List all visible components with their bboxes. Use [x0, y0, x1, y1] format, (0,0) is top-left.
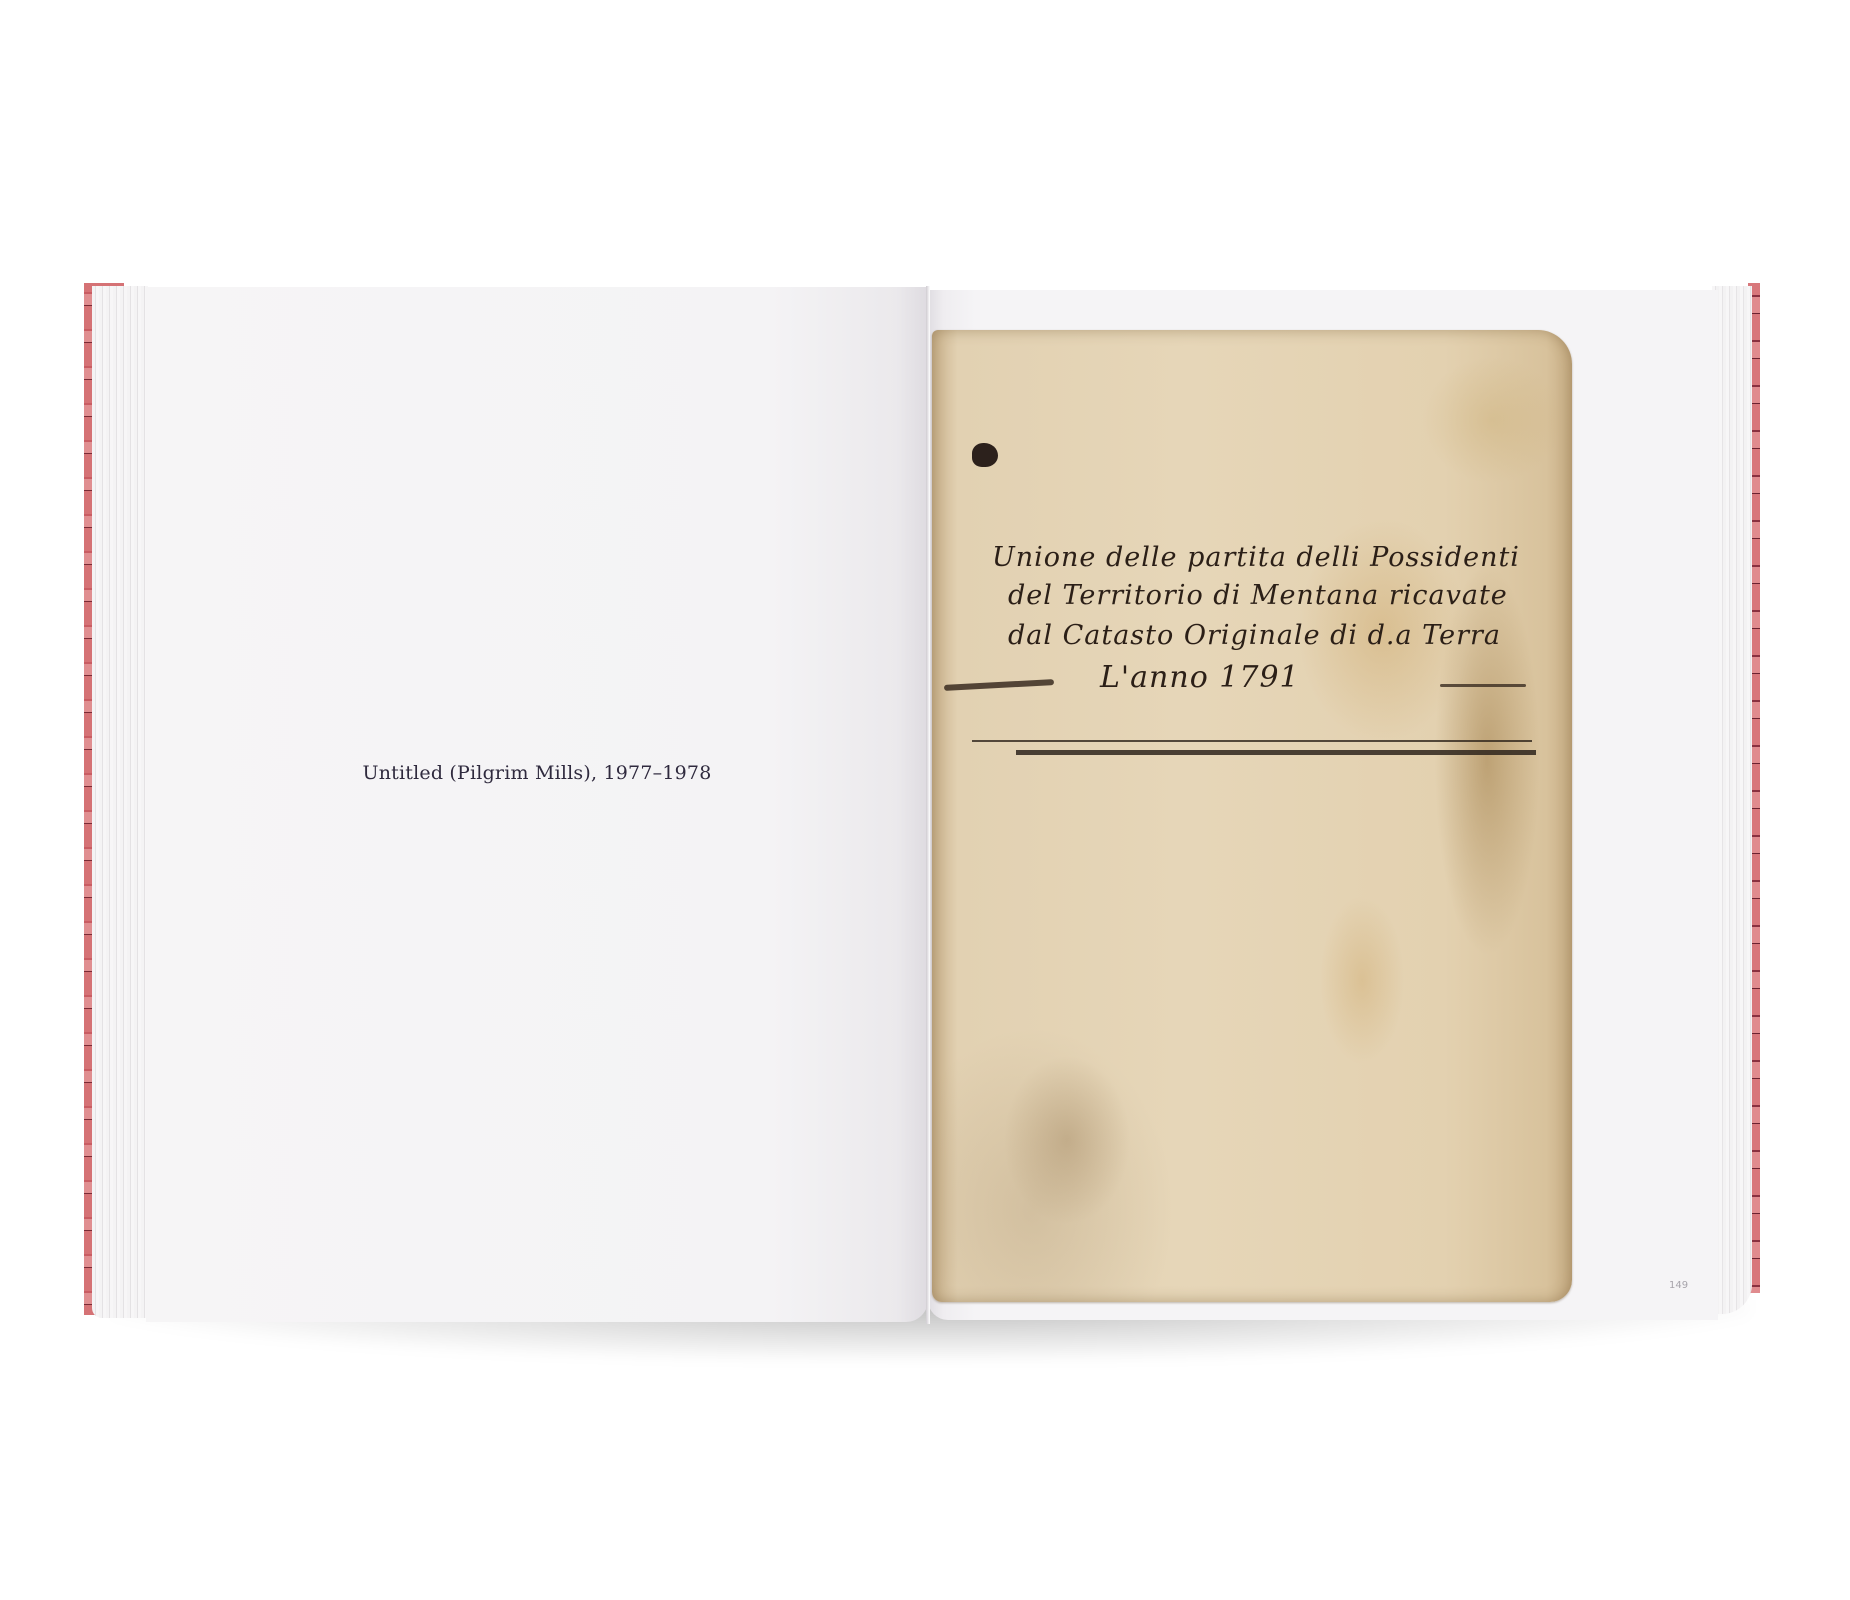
ink-blot: [972, 443, 998, 467]
ink-flourish-left: [944, 679, 1054, 691]
ruled-line-thick: [1016, 750, 1536, 755]
ruled-line-thin: [972, 740, 1532, 742]
page-number: 149: [1669, 1280, 1688, 1291]
manuscript-line-4: L'anno 1791: [1100, 660, 1300, 695]
manuscript-line-1: Unione delle partita delli Possidenti: [992, 542, 1520, 573]
left-page-content: Untitled (Pilgrim Mills), 1977–1978: [146, 0, 928, 1600]
page-stack-left: [92, 286, 148, 1318]
manuscript-line-2: del Territorio di Mentana ricavate: [1008, 580, 1508, 611]
book-photo-scene: Untitled (Pilgrim Mills), 1977–1978 Unio…: [0, 0, 1850, 1600]
artwork-caption: Untitled (Pilgrim Mills), 1977–1978: [146, 762, 928, 784]
manuscript-line-3: dal Catasto Originale di d.a Terra: [1008, 620, 1501, 651]
manuscript-plate: Unione delle partita delli Possidenti de…: [932, 330, 1572, 1302]
ink-flourish-right: [1440, 684, 1526, 687]
page-stack-right: [1712, 286, 1752, 1314]
